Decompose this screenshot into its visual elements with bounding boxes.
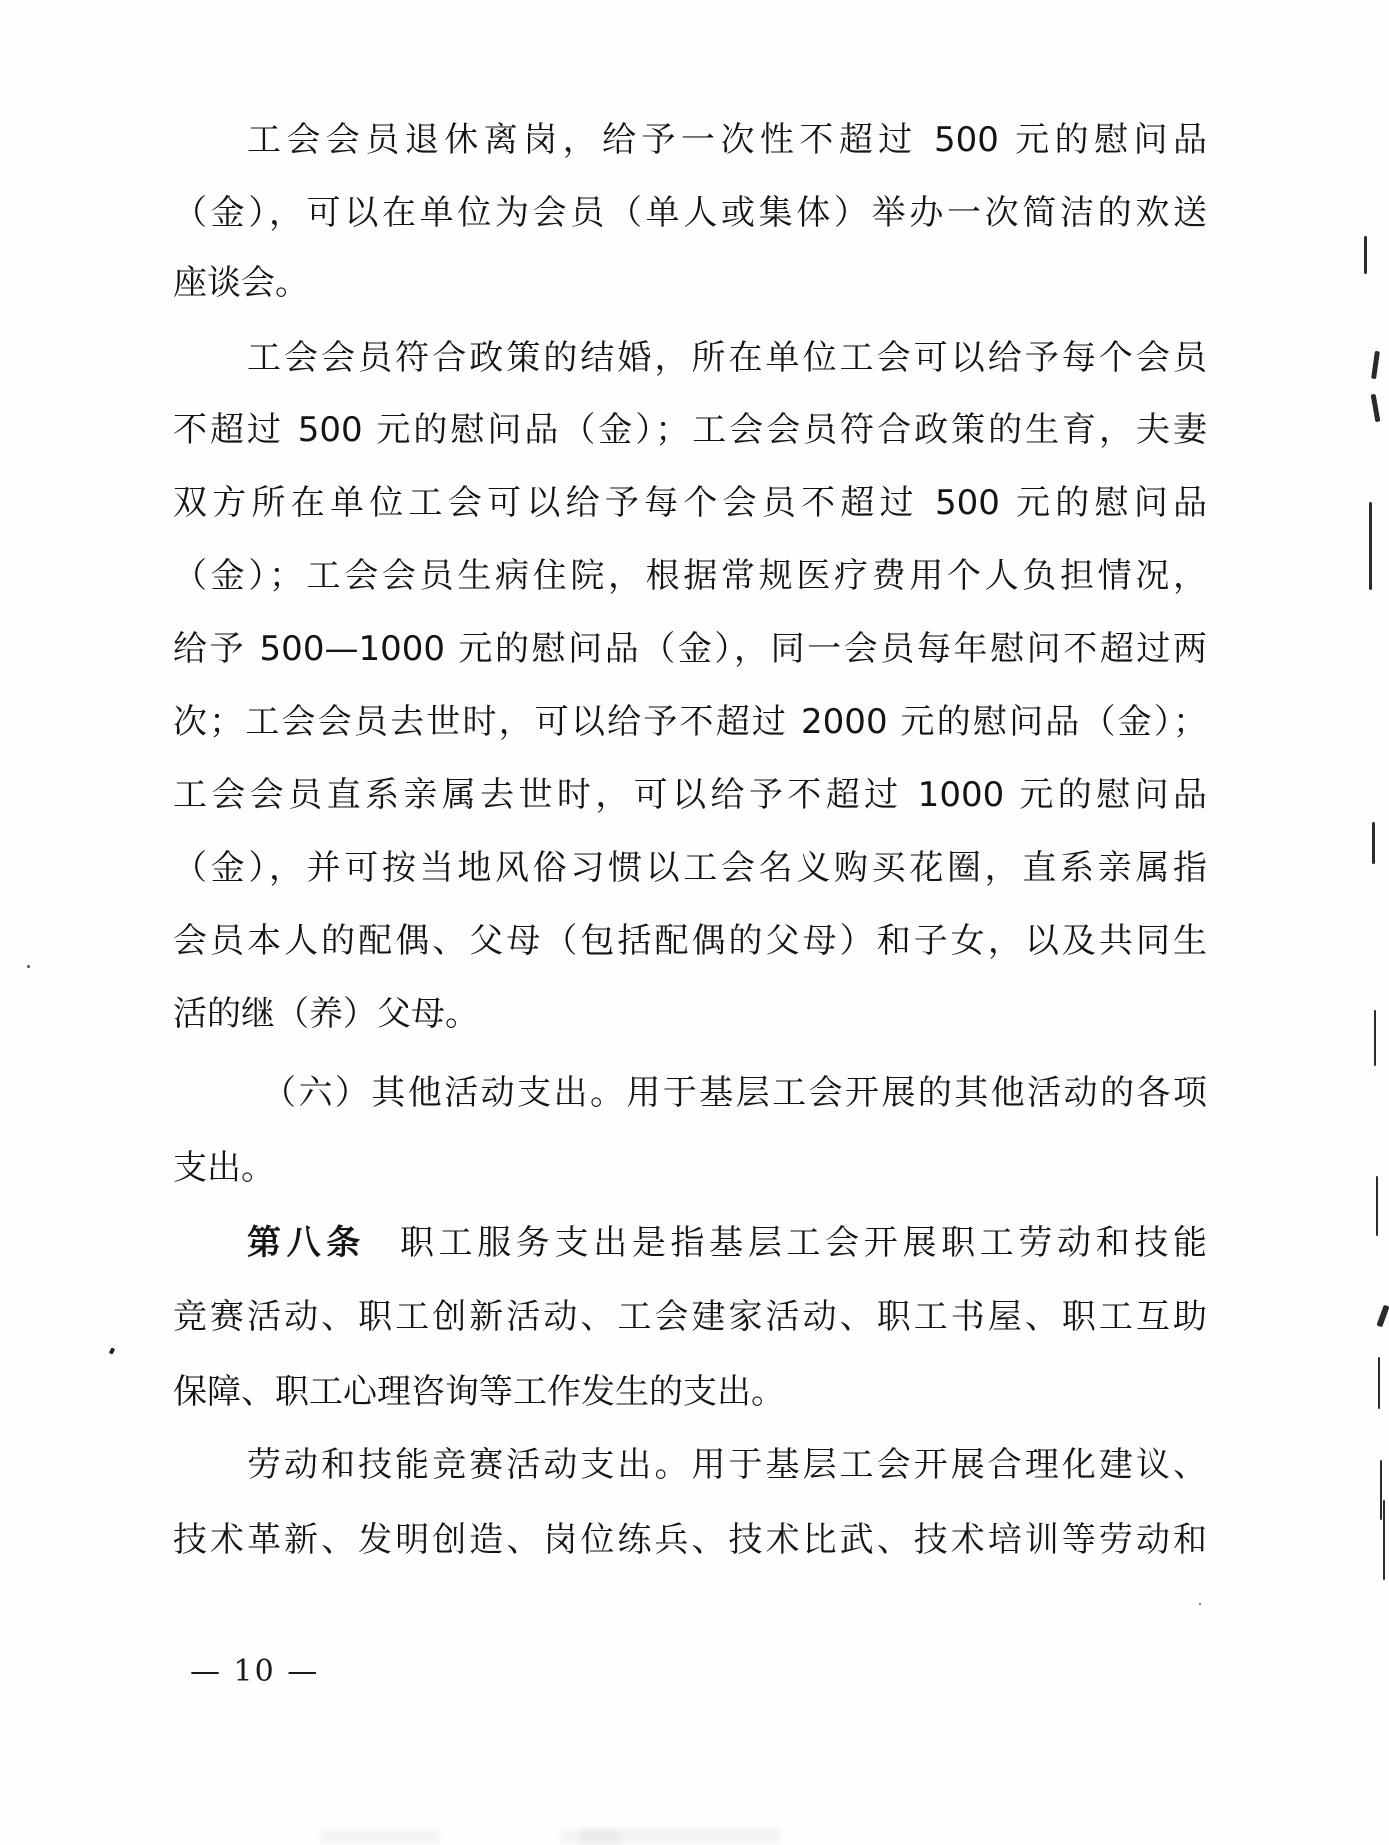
- text-line: 次；工会会员去世时，可以给予不超过 2000 元的慰问品（金）；: [173, 700, 1207, 744]
- text-line: 活的继（养）父母。: [173, 992, 1207, 1036]
- scan-edge-mark: [1374, 1010, 1376, 1066]
- scan-edge-mark: [1364, 236, 1367, 274]
- scan-edge-mark: [1372, 822, 1375, 864]
- text-line: 座谈会。: [173, 261, 1207, 305]
- scan-edge-mark: [1380, 1460, 1382, 1520]
- scanned-page: 工会会员退休离岗，给予一次性不超过 500 元的慰问品 （金），可以在单位为会员…: [0, 0, 1389, 1845]
- text-line: （金），并可按当地风俗习惯以工会名义购买花圈，直系亲属指: [173, 846, 1207, 890]
- scan-edge-mark: [1376, 1176, 1378, 1236]
- text-line: 竞赛活动、职工创新活动、工会建家活动、职工书屋、职工互助: [173, 1295, 1207, 1339]
- scan-edge-mark: [1371, 394, 1381, 422]
- scan-edge-mark: [1383, 1500, 1385, 1580]
- bleed-through-smudge: [320, 1830, 440, 1844]
- text-line: 职工服务支出是指基层工会开展职工劳动和技能: [400, 1223, 1207, 1263]
- text-line: （六）其他活动支出。用于基层工会开展的其他活动的各项: [262, 1071, 1207, 1115]
- text-line: 劳动和技能竞赛活动支出。用于基层工会开展合理化建议、: [247, 1443, 1207, 1487]
- text-line: 不超过 500 元的慰问品（金）；工会会员符合政策的生育，夫妻: [173, 408, 1207, 452]
- text-line: 工会会员退休离岗，给予一次性不超过 500 元的慰问品: [247, 118, 1207, 162]
- text-line: 会员本人的配偶、父母（包括配偶的父母）和子女，以及共同生: [173, 919, 1207, 963]
- text-line: 技术革新、发明创造、岗位练兵、技术比武、技术培训等劳动和: [173, 1518, 1207, 1562]
- text-line: 支出。: [173, 1146, 1207, 1190]
- scan-speck: [27, 965, 30, 968]
- scan-edge-mark: [1371, 351, 1380, 379]
- article-heading: 第八条: [247, 1223, 366, 1263]
- text-line: （金）；工会会员生病住院，根据常规医疗费用个人负担情况，: [173, 554, 1207, 598]
- text-line: （金），可以在单位为会员（单人或集体）举办一次简洁的欢送: [173, 191, 1207, 235]
- text-line: 保障、职工心理咨询等工作发生的支出。: [173, 1370, 1207, 1414]
- article-8-first-line: 第八条职工服务支出是指基层工会开展职工劳动和技能: [247, 1221, 1207, 1265]
- scan-edge-mark: [1378, 1357, 1380, 1409]
- bleed-through-smudge: [580, 1828, 780, 1844]
- text-line: 工会会员符合政策的结婚，所在单位工会可以给予每个会员: [247, 336, 1207, 380]
- text-line: 双方所在单位工会可以给予每个会员不超过 500 元的慰问品: [173, 481, 1207, 525]
- scan-edge-mark: [1369, 502, 1372, 590]
- scan-speck: [1199, 1603, 1201, 1605]
- page-number: — 10 —: [190, 1652, 319, 1692]
- scan-speck: [109, 1347, 115, 1354]
- text-line: 工会会员直系亲属去世时，可以给予不超过 1000 元的慰问品: [173, 773, 1207, 817]
- scan-edge-mark: [1376, 1305, 1389, 1328]
- text-line: 给予 500—1000 元的慰问品（金），同一会员每年慰问不超过两: [173, 627, 1207, 671]
